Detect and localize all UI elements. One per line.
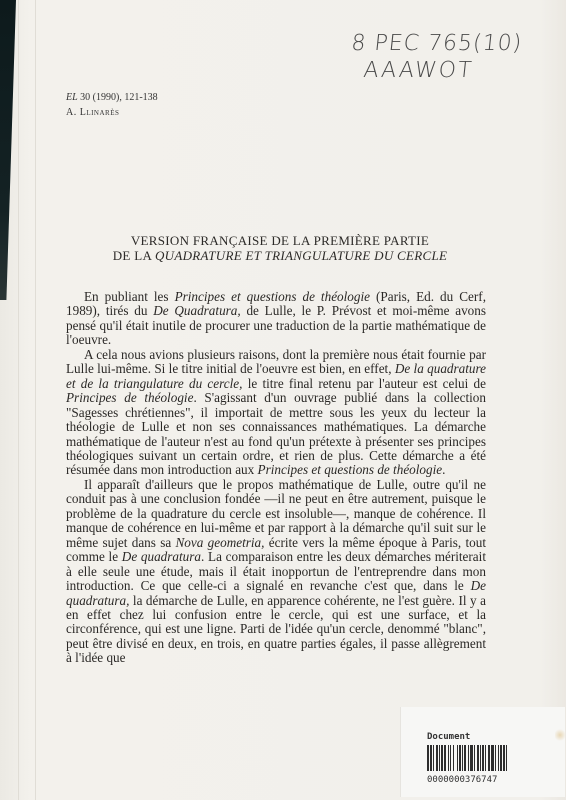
barcode-sticker: Document 0000000376747 xyxy=(400,707,565,797)
handwritten-line-2: AAAWOT xyxy=(362,58,550,84)
text-run: le titre final retenu par l'auteur est c… xyxy=(242,376,486,391)
italic-text: De quadratura xyxy=(122,549,201,564)
journal-abbrev: EL xyxy=(66,92,78,103)
title-prefix: DE LA xyxy=(113,248,155,263)
italic-text: Nova geometria, xyxy=(176,535,265,550)
handwritten-shelfmark: 8 PEC 765(10) AAAWOT xyxy=(347,30,553,84)
page-edge-line xyxy=(18,0,19,800)
barcode-icon xyxy=(427,745,539,771)
handwritten-line-1: 8 PEC 765(10) xyxy=(350,30,553,58)
italic-text: De Quadratura, xyxy=(153,303,240,318)
page-edge-line xyxy=(35,0,36,800)
text-run: En publiant les xyxy=(84,289,175,304)
article-body: En publiant les Principes et questions d… xyxy=(66,290,486,666)
italic-text: Principes et questions de théologie xyxy=(175,289,370,304)
title-italic: QUADRATURE ET TRIANGULATURE DU CERCLE xyxy=(155,248,447,263)
barcode-label: Document xyxy=(427,732,470,742)
text-run: . xyxy=(442,462,445,477)
title-line-1: VERSION FRANÇAISE DE LA PREMIÈRE PARTIE xyxy=(60,233,500,248)
italic-text: Principes de théologie xyxy=(66,390,193,405)
text-run: la démarche de Lulle, en apparence cohér… xyxy=(66,593,486,666)
barcode-number: 0000000376747 xyxy=(427,775,497,785)
citation-block: EL 30 (1990), 121-138 A. Llinarès xyxy=(66,90,158,120)
author-name: A. Llinarès xyxy=(66,105,158,120)
scan-edge-shadow xyxy=(0,0,16,300)
article-title: VERSION FRANÇAISE DE LA PREMIÈRE PARTIE … xyxy=(60,233,500,263)
scanned-page: 8 PEC 765(10) AAAWOT EL 30 (1990), 121-1… xyxy=(0,0,566,800)
volume-pages: 30 (1990), 121-138 xyxy=(78,92,158,103)
paragraph: Il apparaît d'ailleurs que le propos mat… xyxy=(66,478,486,666)
paragraph: En publiant les Principes et questions d… xyxy=(66,290,486,348)
barcode-bar xyxy=(507,745,509,771)
title-line-2: DE LA QUADRATURE ET TRIANGULATURE DU CER… xyxy=(60,248,500,263)
journal-citation: EL 30 (1990), 121-138 xyxy=(66,90,158,105)
italic-text: Principes et questions de théologie xyxy=(258,462,443,477)
paper-stain xyxy=(555,728,565,742)
paragraph: A cela nous avions plusieurs raisons, do… xyxy=(66,348,486,478)
